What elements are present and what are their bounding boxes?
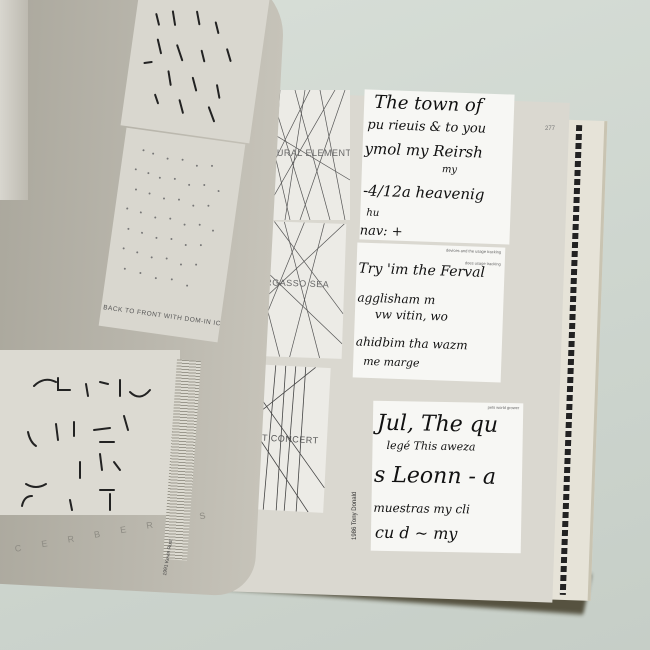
specimen-cerberus: 04 — [0, 350, 180, 515]
specimen-top-fragment — [121, 0, 270, 143]
fragment-glyphs — [0, 350, 180, 515]
page-number: 277 — [545, 126, 555, 132]
handwriting-specimen-1: The town of pu rieuis & to you ymol my R… — [359, 89, 514, 244]
right-page-number: 277 — [545, 126, 555, 132]
book-photo-scene: 277 NATURAL ELEMENTS SARGASSO SEA — [0, 0, 650, 650]
handwriting-specimen-2: devices and the usage tracking does usag… — [353, 242, 506, 382]
right-vertical-credit: 1986 Tony Donald — [352, 492, 358, 540]
fragment-glyphs — [121, 0, 270, 143]
left-page-spine-edge — [0, 0, 28, 200]
dotted-glyph-field — [103, 128, 245, 313]
handwriting-specimen-3: pets world grower Jul, The qu legé This … — [371, 401, 524, 554]
